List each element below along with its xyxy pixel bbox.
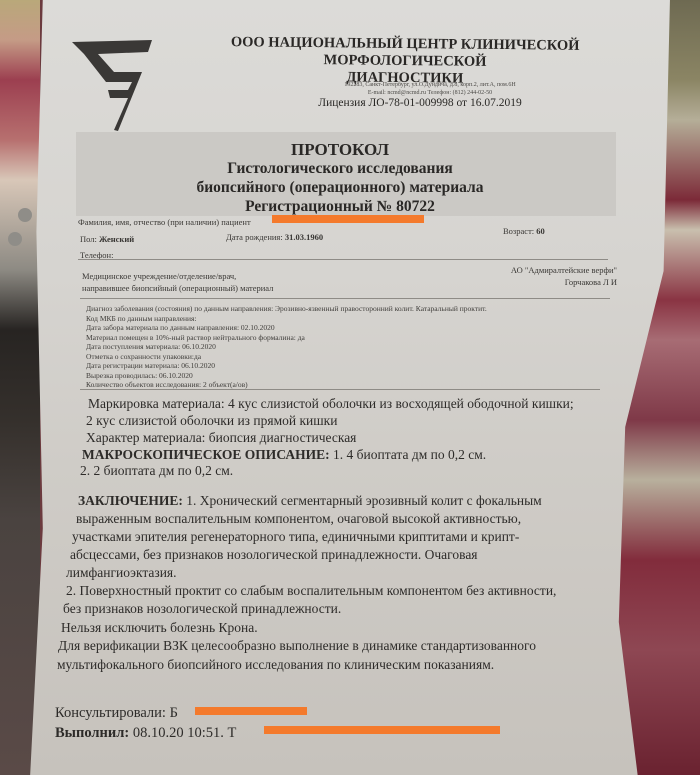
conclusion: ЗАКЛЮЧЕНИЕ: 1. Хронический сегментарный … xyxy=(78,492,542,510)
redaction-consultant xyxy=(195,707,307,715)
registration-number: Регистрационный № 80722 xyxy=(180,197,500,216)
patient-age: Возраст: 60 xyxy=(503,226,545,236)
conclusion-line: 1. Хронический сегментарный эрозивный ко… xyxy=(183,493,542,508)
age-value: 60 xyxy=(536,226,545,236)
detail-line: Диагноз заболевания (состояния) по данны… xyxy=(86,304,487,314)
detail-line: Код МКБ по данным направления: xyxy=(86,314,487,324)
address-line: 192283, Санкт-Петербург, ул.О.Дундича, д… xyxy=(300,81,560,89)
detail-line: Дата поступления материала: 06.10.2020 xyxy=(86,342,487,352)
conclusion-line: участками эпителия регенераторного типа,… xyxy=(72,528,519,546)
conclusion-line: 2. Поверхностный проктит со слабым воспа… xyxy=(66,582,556,600)
sex-label: Пол: xyxy=(80,234,97,244)
conclusion-line: Для верификации ВЗК целесообразно выполн… xyxy=(58,637,536,655)
conclusion-line: выраженным воспалительным компонентом, о… xyxy=(76,510,521,528)
consulted-by: Консультировали: Б xyxy=(55,705,178,723)
conclusion-line: мультифокального биопсийного исследовани… xyxy=(57,656,494,674)
patient-dob: Дата рождения: 31.03.1960 xyxy=(226,232,323,242)
redaction-patient-name xyxy=(272,215,424,223)
protocol-title: ПРОТОКОЛ Гистологического исследования б… xyxy=(180,140,500,216)
organization-address: 192283, Санкт-Петербург, ул.О.Дундича, д… xyxy=(300,81,560,97)
macro-line-2: 2. 2 биоптата дм по 0,2 см. xyxy=(80,462,233,480)
divider xyxy=(80,389,600,390)
dob-value: 31.03.1960 xyxy=(285,232,323,242)
material-character: Характер материала: биопсия диагностичес… xyxy=(86,429,356,447)
org-name-line-1: ООО НАЦИОНАЛЬНЫЙ ЦЕНТР КЛИНИЧЕСКОЙ МОРФО… xyxy=(180,34,630,73)
protocol-document: ООО НАЦИОНАЛЬНЫЙ ЦЕНТР КЛИНИЧЕСКОЙ МОРФО… xyxy=(0,0,700,775)
patient-name-label: Фамилия, имя, отчество (при наличии) пац… xyxy=(78,217,251,227)
title-line-1: ПРОТОКОЛ xyxy=(180,140,500,159)
conclusion-line: лимфангиоэктазия. xyxy=(66,564,177,582)
detail-line: Вырезка проводилась: 06.10.2020 xyxy=(86,371,487,381)
patient-sex: Пол: Женский xyxy=(80,234,134,244)
detail-line: Отметка о сохранности упаковки:да xyxy=(86,352,487,362)
sex-value: Женский xyxy=(99,234,134,244)
license-number: Лицензия ЛО-78-01-009998 от 16.07.2019 xyxy=(290,97,550,109)
performed-value: 08.10.20 10:51. Т xyxy=(129,725,236,741)
macro-label: МАКРОСКОПИЧЕСКОЕ ОПИСАНИЕ: xyxy=(82,447,330,462)
referral-institution: АО "Адмиралтейские верфи" xyxy=(505,264,617,276)
conclusion-label: ЗАКЛЮЧЕНИЕ: xyxy=(78,493,183,508)
conclusion-line: Нельзя исключить болезнь Крона. xyxy=(61,619,258,637)
referral-doctor: Горчакова Л И xyxy=(505,276,617,288)
title-line-2: Гистологического исследования xyxy=(180,159,500,178)
age-label: Возраст: xyxy=(503,226,534,236)
dob-label: Дата рождения: xyxy=(226,232,283,242)
conclusion-line: абсцессами, без признаков нозологической… xyxy=(70,546,478,564)
material-marking-line-1: Маркировка материала: 4 кус слизистой об… xyxy=(88,395,574,413)
contacts-line: E-mail: ncmd@ncmd.ru Телефон: (812) 244-… xyxy=(300,89,560,97)
performed-by: Выполнил: 08.10.20 10:51. Т xyxy=(55,725,236,743)
divider xyxy=(78,259,608,260)
title-line-3: биопсийного (операционного) материала xyxy=(180,178,500,197)
referral-details-list: Диагноз заболевания (состояния) по данны… xyxy=(86,304,487,390)
referral-label-line-2: направившее биопсийный (операционный) ма… xyxy=(82,282,273,294)
referral-label-line-1: Медицинское учреждение/отделение/врач, xyxy=(82,270,273,282)
divider xyxy=(80,298,610,299)
material-marking-line-2: 2 кус слизистой оболочки из прямой кишки xyxy=(86,412,337,430)
detail-line: Материал помещен в 10%-ный раствор нейтр… xyxy=(86,333,487,343)
referral-source: АО "Адмиралтейские верфи" Горчакова Л И xyxy=(505,264,617,288)
detail-line: Дата регистрации материала: 06.10.2020 xyxy=(86,361,487,371)
detail-line: Дата забора материала по данным направле… xyxy=(86,323,487,333)
referral-label: Медицинское учреждение/отделение/врач, н… xyxy=(82,270,273,294)
macro-line-1: 1. 4 биоптата дм по 0,2 см. xyxy=(330,447,487,462)
macroscopic-description: МАКРОСКОПИЧЕСКОЕ ОПИСАНИЕ: 1. 4 биоптата… xyxy=(82,446,486,464)
conclusion-line: без признаков нозологической принадлежно… xyxy=(63,600,341,618)
performed-label: Выполнил: xyxy=(55,725,129,741)
redaction-performer xyxy=(264,726,500,734)
ncmd-logo-icon xyxy=(70,38,160,133)
